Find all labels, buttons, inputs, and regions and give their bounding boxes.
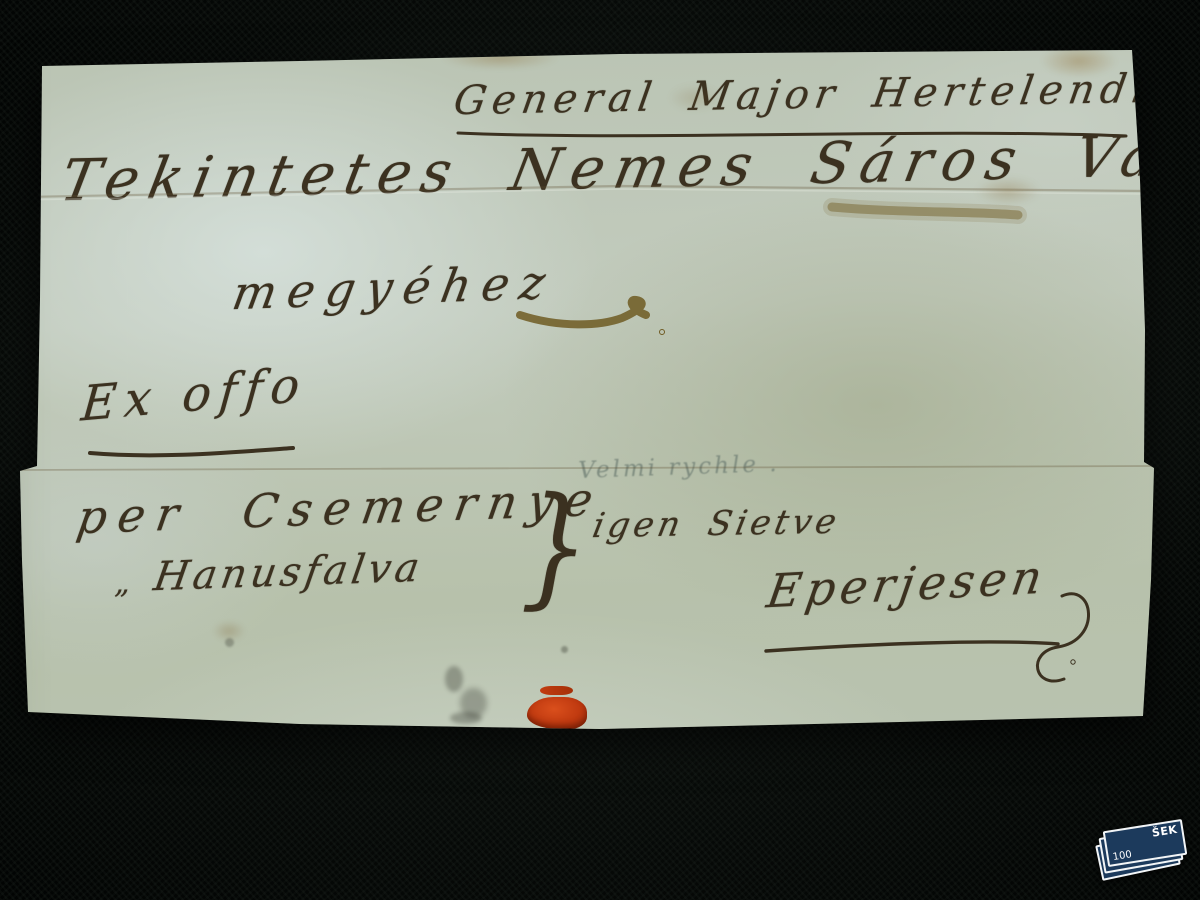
urgency-note: igen Sietve (589, 502, 844, 546)
route-ditto-mark: „ (114, 566, 130, 601)
wax-seal (527, 697, 587, 729)
watermark-currency-label: ŠEK (1151, 823, 1178, 840)
destination-line: Eperjesen (763, 549, 1050, 618)
address-line-1: Tekintetes Nemes Sáros Vár (55, 122, 1200, 214)
watermark-denomination: 100 (1112, 849, 1133, 863)
addressee-line: General Major Hertelendi: (451, 66, 1174, 125)
paper-shadow-wrap: General Major Hertelendi: Tekintetes Nem… (0, 0, 1200, 900)
ink-smudge (225, 638, 234, 647)
wax-seal-fragment (540, 686, 573, 695)
watermark-badge: ŠEK 100 (1096, 812, 1196, 894)
stain (440, 46, 560, 70)
ex-offo-mark: Ex offo (79, 356, 310, 432)
ink-smudge (445, 666, 463, 692)
ink-smudge (460, 688, 487, 718)
letter-paper: General Major Hertelendi: Tekintetes Nem… (0, 0, 1200, 900)
ink-smudge (561, 646, 568, 653)
address-line-2: megyéhez (228, 255, 560, 321)
route-via-alt-line: Hanusfalva (151, 545, 427, 601)
ink-smudge (450, 712, 482, 724)
photograph-of-letter: General Major Hertelendi: Tekintetes Nem… (0, 0, 1200, 900)
route-brace: } (520, 468, 591, 625)
pencil-note: Velmi rychle . (578, 451, 780, 484)
stain (212, 620, 246, 642)
